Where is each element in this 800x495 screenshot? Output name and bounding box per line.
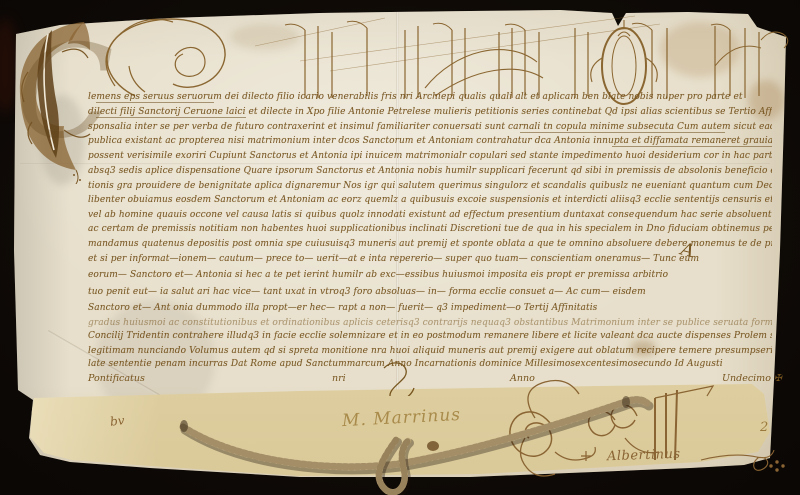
seal-cord bbox=[0, 0, 800, 495]
photo-backdrop: C bbox=[0, 0, 800, 495]
